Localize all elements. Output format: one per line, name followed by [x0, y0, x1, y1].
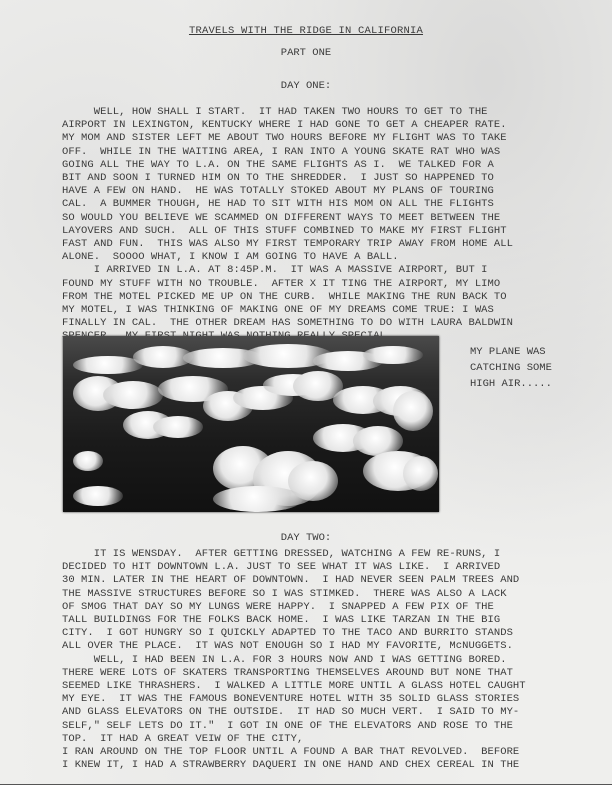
cloud	[213, 486, 303, 512]
cloud	[73, 486, 123, 506]
cloud	[393, 391, 433, 431]
document-title: TRAVELS WITH THE RIDGE IN CALIFORNIA	[0, 25, 612, 37]
text-line: DECIDED TO HIT DOWNTOWN L.A. JUST TO SEE…	[62, 561, 592, 574]
text-line: SELF," SELF LETS DO IT." I GOT IN ONE OF…	[62, 720, 592, 733]
text-line: I RAN AROUND ON THE TOP FLOOR UNTIL A FO…	[62, 746, 592, 759]
text-line: CAL. A BUMMER THOUGH, HE HAD TO SIT WITH…	[62, 198, 592, 211]
text-line: FAST AND FUN. THIS WAS ALSO MY FIRST TEM…	[62, 238, 592, 251]
caption-line: MY PLANE WAS	[470, 344, 552, 360]
cloud	[403, 456, 438, 491]
part-heading: PART ONE	[0, 47, 612, 59]
clouds-photo	[63, 336, 439, 512]
text-line: OFF. WHILE IN THE WAITING AREA, I RAN IN…	[62, 146, 592, 159]
text-line: OF SMOG THAT DAY SO MY LUNGS WERE HAPPY.…	[62, 601, 592, 614]
text-line: THERE WERE LOTS OF SKATERS TRANSPORTING …	[62, 667, 592, 680]
text-line: TALL BUILDINGS FOR THE FOLKS BACK HOME. …	[62, 614, 592, 627]
photo-caption: MY PLANE WASCATCHING SOMEHIGH AIR.....	[470, 344, 552, 392]
day-one-text: WELL, HOW SHALL I START. IT HAD TAKEN TW…	[62, 106, 592, 344]
text-line: FROM THE MOTEL PICKED ME UP ON THE CURB.…	[62, 291, 592, 304]
text-line: LAYOVERS AND SUCH. ALL OF THIS STUFF COM…	[62, 225, 592, 238]
text-line: ALL OVER THE PLACE. IT WAS NOT ENOUGH SO…	[62, 640, 592, 653]
text-line: MY MOM AND SISTER LEFT ME ABOUT TWO HOUR…	[62, 132, 592, 145]
day-one-heading: DAY ONE:	[0, 80, 612, 92]
text-line: ALONE. SOOOO WHAT, I KNOW I AM GOING TO …	[62, 251, 592, 264]
text-line: I ARRIVED IN L.A. AT 8:45P.M. IT WAS A M…	[62, 264, 592, 277]
cloud	[73, 451, 103, 471]
cloud	[363, 346, 423, 364]
text-line: GOING ALL THE WAY TO L.A. ON THE SAME FL…	[62, 159, 592, 172]
text-line: SO WOULD YOU BELIEVE WE SCAMMED ON DIFFE…	[62, 212, 592, 225]
text-line: IT IS WENSDAY. AFTER GETTING DRESSED, WA…	[62, 548, 592, 561]
text-line: AIRPORT IN LEXINGTON, KENTUCKY WHERE I H…	[62, 119, 592, 132]
text-line: HAVE A FEW ON HAND. HE WAS TOTALLY STOKE…	[62, 185, 592, 198]
page-bottom-edge	[0, 784, 612, 794]
text-line: I KNEW IT, I HAD A STRAWBERRY DAQUERI IN…	[62, 759, 592, 772]
day-two-heading: DAY TWO:	[0, 532, 612, 544]
text-line: WELL, HOW SHALL I START. IT HAD TAKEN TW…	[62, 106, 592, 119]
text-line: AND GLASS ELEVATORS ON THE OUTSIDE. IT H…	[62, 706, 592, 719]
text-line: WELL, I HAD BEEN IN L.A. FOR 3 HOURS NOW…	[62, 654, 592, 667]
text-line: BIT AND SOON I TURNED HIM ON TO THE SHRE…	[62, 172, 592, 185]
text-line: MY EYE. IT WAS THE FAMOUS BONEVENTURE HO…	[62, 693, 592, 706]
text-line: TOP. IT HAD A GREAT VEIW OF THE CITY,	[62, 733, 592, 746]
caption-line: CATCHING SOME	[470, 360, 552, 376]
text-line: FINALLY IN CAL. THE OTHER DREAM HAS SOME…	[62, 317, 592, 330]
text-line: CITY. I GOT HUNGRY SO I QUICKLY ADAPTED …	[62, 627, 592, 640]
scanned-page: TRAVELS WITH THE RIDGE IN CALIFORNIA PAR…	[0, 0, 612, 794]
text-line: FOUND MY STUFF WITH NO TROUBLE. AFTER X …	[62, 278, 592, 291]
caption-line: HIGH AIR.....	[470, 376, 552, 392]
text-line: SEEMED LIKE THRASHERS. I WALKED A LITTLE…	[62, 680, 592, 693]
cloud	[103, 381, 163, 409]
cloud	[153, 416, 203, 438]
text-line: THE MASSIVE STRUCTURES BEFORE SO I WAS S…	[62, 588, 592, 601]
text-line: 30 MIN. LATER IN THE HEART OF DOWNTOWN. …	[62, 574, 592, 587]
text-line: MY MOTEL, I WAS THINKING OF MAKING ONE O…	[62, 304, 592, 317]
day-two-text: IT IS WENSDAY. AFTER GETTING DRESSED, WA…	[62, 548, 592, 772]
